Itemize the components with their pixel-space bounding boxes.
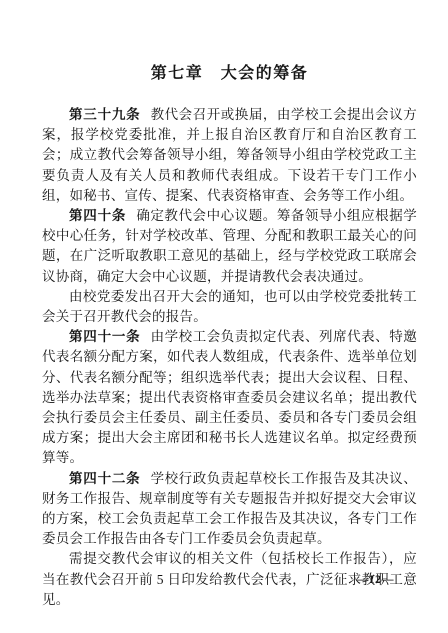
document-body: 第三十九条教代会召开或换届，由学校工会提出会议方案，报学校党委批准，并上报自治区… (42, 105, 417, 610)
article-42-paragraph-1: 第四十二条学校行政负责起草校长工作报告及其决议、财务工作报告、规章制度等有关专题… (42, 469, 417, 550)
chapter-number: 第七章 (151, 65, 204, 82)
article-39-paragraph-1: 第三十九条教代会召开或换届，由学校工会提出会议方案，报学校党委批准，并上报自治区… (42, 105, 417, 206)
article-41-text: 由学校工会负责拟定代表、列席代表、特邀代表名额分配方案，如代表人数组成，代表条件… (42, 329, 417, 465)
chapter-title: 大会的筹备 (221, 65, 309, 82)
article-41-paragraph-1: 第四十一条由学校工会负责拟定代表、列席代表、特邀代表名额分配方案，如代表人数组成… (42, 327, 417, 468)
chapter-heading: 第七章大会的筹备 (42, 60, 417, 83)
article-40-text-2: 由校党委发出召开大会的通知，也可以由学校党委批转工会关于召开教代会的报告。 (42, 289, 417, 324)
page-number: —12— (356, 572, 394, 587)
article-40-paragraph-1: 第四十条确定教代会中心议题。筹备领导小组应根据学校中心任务，针对学校改革、管理、… (42, 206, 417, 287)
article-39-number: 第三十九条 (69, 107, 140, 122)
article-42-number: 第四十二条 (69, 471, 140, 486)
document-page: 第七章大会的筹备 第三十九条教代会召开或换届，由学校工会提出会议方案，报学校党委… (0, 0, 448, 633)
article-41-number: 第四十一条 (69, 329, 140, 344)
article-40-paragraph-2: 由校党委发出召开大会的通知，也可以由学校党委批转工会关于召开教代会的报告。 (42, 287, 417, 327)
article-40-number: 第四十条 (69, 208, 126, 223)
